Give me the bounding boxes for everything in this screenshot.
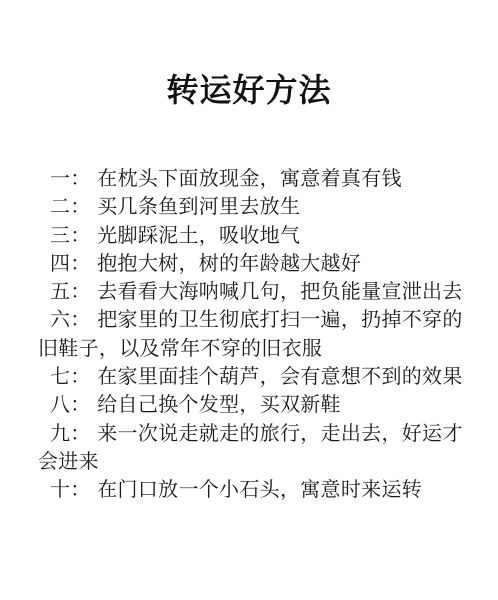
method-list: 一： 在枕头下面放现金，寓意着真有钱 二： 买几条鱼到河里去放生 三： 光脚踩泥…	[0, 164, 498, 504]
text-card: 转运好方法 一： 在枕头下面放现金，寓意着真有钱 二： 买几条鱼到河里去放生 三…	[0, 0, 498, 600]
list-item: 二： 买几条鱼到河里去放生	[38, 192, 473, 220]
list-item: 一： 在枕头下面放现金，寓意着真有钱	[38, 164, 473, 192]
list-item: 十： 在门口放一个小石头，寓意时来运转	[38, 475, 473, 503]
list-item: 五： 去看看大海呐喊几句，把负能量宣泄出去	[38, 277, 473, 305]
list-item: 八： 给自己换个发型，买双新鞋	[38, 390, 473, 418]
list-item: 六： 把家里的卫生彻底打扫一遍，扔掉不穿的旧鞋子，以及常年不穿的旧衣服	[38, 305, 473, 362]
list-item: 七： 在家里面挂个葫芦，会有意想不到的效果	[38, 362, 473, 390]
page-title: 转运好方法	[0, 70, 498, 110]
list-item: 三： 光脚踩泥土，吸收地气	[38, 221, 473, 249]
list-item: 四： 抱抱大树，树的年龄越大越好	[38, 249, 473, 277]
list-item: 九： 来一次说走就走的旅行，走出去，好运才会进来	[38, 419, 473, 476]
